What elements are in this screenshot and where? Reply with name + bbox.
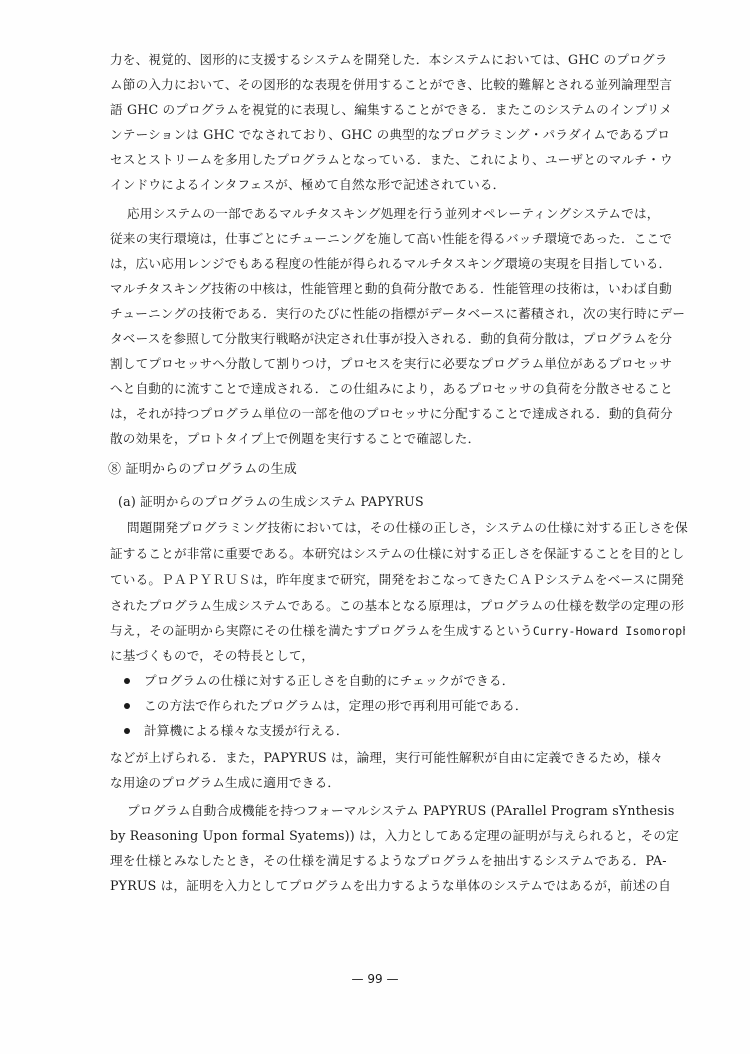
bullet-icon (124, 678, 130, 684)
text-line: PYRUS は，証明を入力としてプログラムを出力するような単体のシステムではある… (110, 878, 685, 894)
text-line: 理を仕様とみなしたとき，その仕様を満足するようなプログラムを抽出するシステムであ… (110, 853, 685, 869)
text-line: に基づくもので，その特長として， (110, 648, 685, 664)
text-line: ム節の入力において、その図形的な表現を併用することができ、比較的難解とされる並列… (110, 77, 685, 93)
text-line: は，それが持つプログラム単位の一部を他のプロセッサに分配することで達成される．動… (110, 406, 685, 422)
bullet-text: プログラムの仕様に対する正しさを自動的にチェックができる． (144, 673, 515, 688)
subsection-heading: (a) 証明からのプログラムの生成システム PAPYRUS (118, 494, 693, 510)
bullet-icon (124, 703, 130, 709)
text-line: 応用システムの一部であるマルチタスキング処理を行う並列オペレーティングシステムで… (127, 206, 702, 222)
bullet-item: プログラムの仕様に対する正しさを自動的にチェックができる． (124, 673, 699, 689)
text-line: 証することが非常に重要である。本研究はシステムの仕様に対する正しさを保証すること… (110, 546, 685, 562)
text-line: 語 GHC のプログラムを視覚的に表現し、編集することができる．またこのシステム… (110, 102, 685, 118)
text-line: などが上げられる．また，PAPYRUS は，論理，実行可能性解釈が自由に定義でき… (110, 750, 685, 766)
bullet-icon (124, 728, 130, 734)
document-page: 力を、視覚的、図形的に支援するシステムを開発した．本システムにおいては、GHC … (0, 0, 750, 1054)
text-line: な用途のプログラム生成に適用できる． (110, 775, 685, 791)
text-line: されたプログラム生成システムである。この基本となる原理は，プログラムの仕様を数学… (110, 598, 685, 614)
text-line: 割してプロセッサへ分散して割りつけ，プロセスを実行に必要なプログラム単位があるプ… (110, 356, 685, 372)
text-line: プログラム自動合成機能を持つフォーマルシステム PAPYRUS (PAralle… (127, 803, 702, 819)
text-line: 散の効果を，プロトタイプ上で例題を実行することで確認した． (110, 431, 685, 447)
text-line: へと自動的に流すことで達成される．この仕組みにより，あるプロセッサの負荷を分散さ… (110, 381, 685, 397)
text-line: チューニングの技術である．実行のたびに性能の指標がデータベースに蓄積され，次の実… (110, 306, 685, 322)
text-line: インドウによるインタフェスが、極めて自然な形で記述されている． (110, 177, 685, 193)
text-line: ている。ＰＡＰＹＲＵＳは，昨年度まで研究，開発をおこなってきたＣＡＰシステムをベ… (110, 572, 685, 588)
text-line: は，広い応用レンジでもある程度の性能が得られるマルチタスキング環境の実現を目指し… (110, 256, 685, 272)
text-line: ンテーションは GHC でなされており、GHC の典型的なプログラミング・パラダ… (110, 127, 685, 143)
text-line: 力を、視覚的、図形的に支援するシステムを開発した．本システムにおいては、GHC … (110, 52, 685, 68)
text-line: マルチタスキング技術の中核は，性能管理と動的負荷分散である．性能管理の技術は，い… (110, 281, 685, 297)
text-line: セスとストリームを多用したプログラムとなっている．また、これにより、ユーザとのマ… (110, 152, 685, 168)
bullet-text: この方法で作られたプログラムは，定理の形で再利用可能である． (144, 698, 528, 713)
section-heading: ⑧ 証明からのプログラムの生成 (108, 462, 683, 478)
bullet-text: 計算機による様々な支援が行える． (144, 723, 349, 738)
text-line: 与え，その証明から実際にその仕様を満たすプログラムを生成するというCurry-H… (110, 623, 685, 639)
text-span: 与え，その証明から実際にその仕様を満たすプログラムを生成するという (110, 623, 533, 638)
bullet-item: この方法で作られたプログラムは，定理の形で再利用可能である． (124, 698, 699, 714)
text-line: 従来の実行環境は，仕事ごとにチューニングを施して高い性能を得るバッチ環境であった… (110, 231, 685, 247)
bullet-item: 計算機による様々な支援が行える． (124, 723, 699, 739)
text-line: by Reasoning Upon formal Syatems)) は，入力と… (110, 828, 685, 844)
curry-howard-term: Curry-Howard Isomorophism (533, 624, 685, 638)
text-line: 問題開発プログラミング技術においては，その仕様の正しさ，システムの仕様に対する正… (127, 520, 702, 536)
page-number: — 99 — (0, 972, 750, 986)
text-line: タベースを参照して分散実行戦略が決定され仕事が投入される．動的負荷分散は，プログ… (110, 331, 685, 347)
